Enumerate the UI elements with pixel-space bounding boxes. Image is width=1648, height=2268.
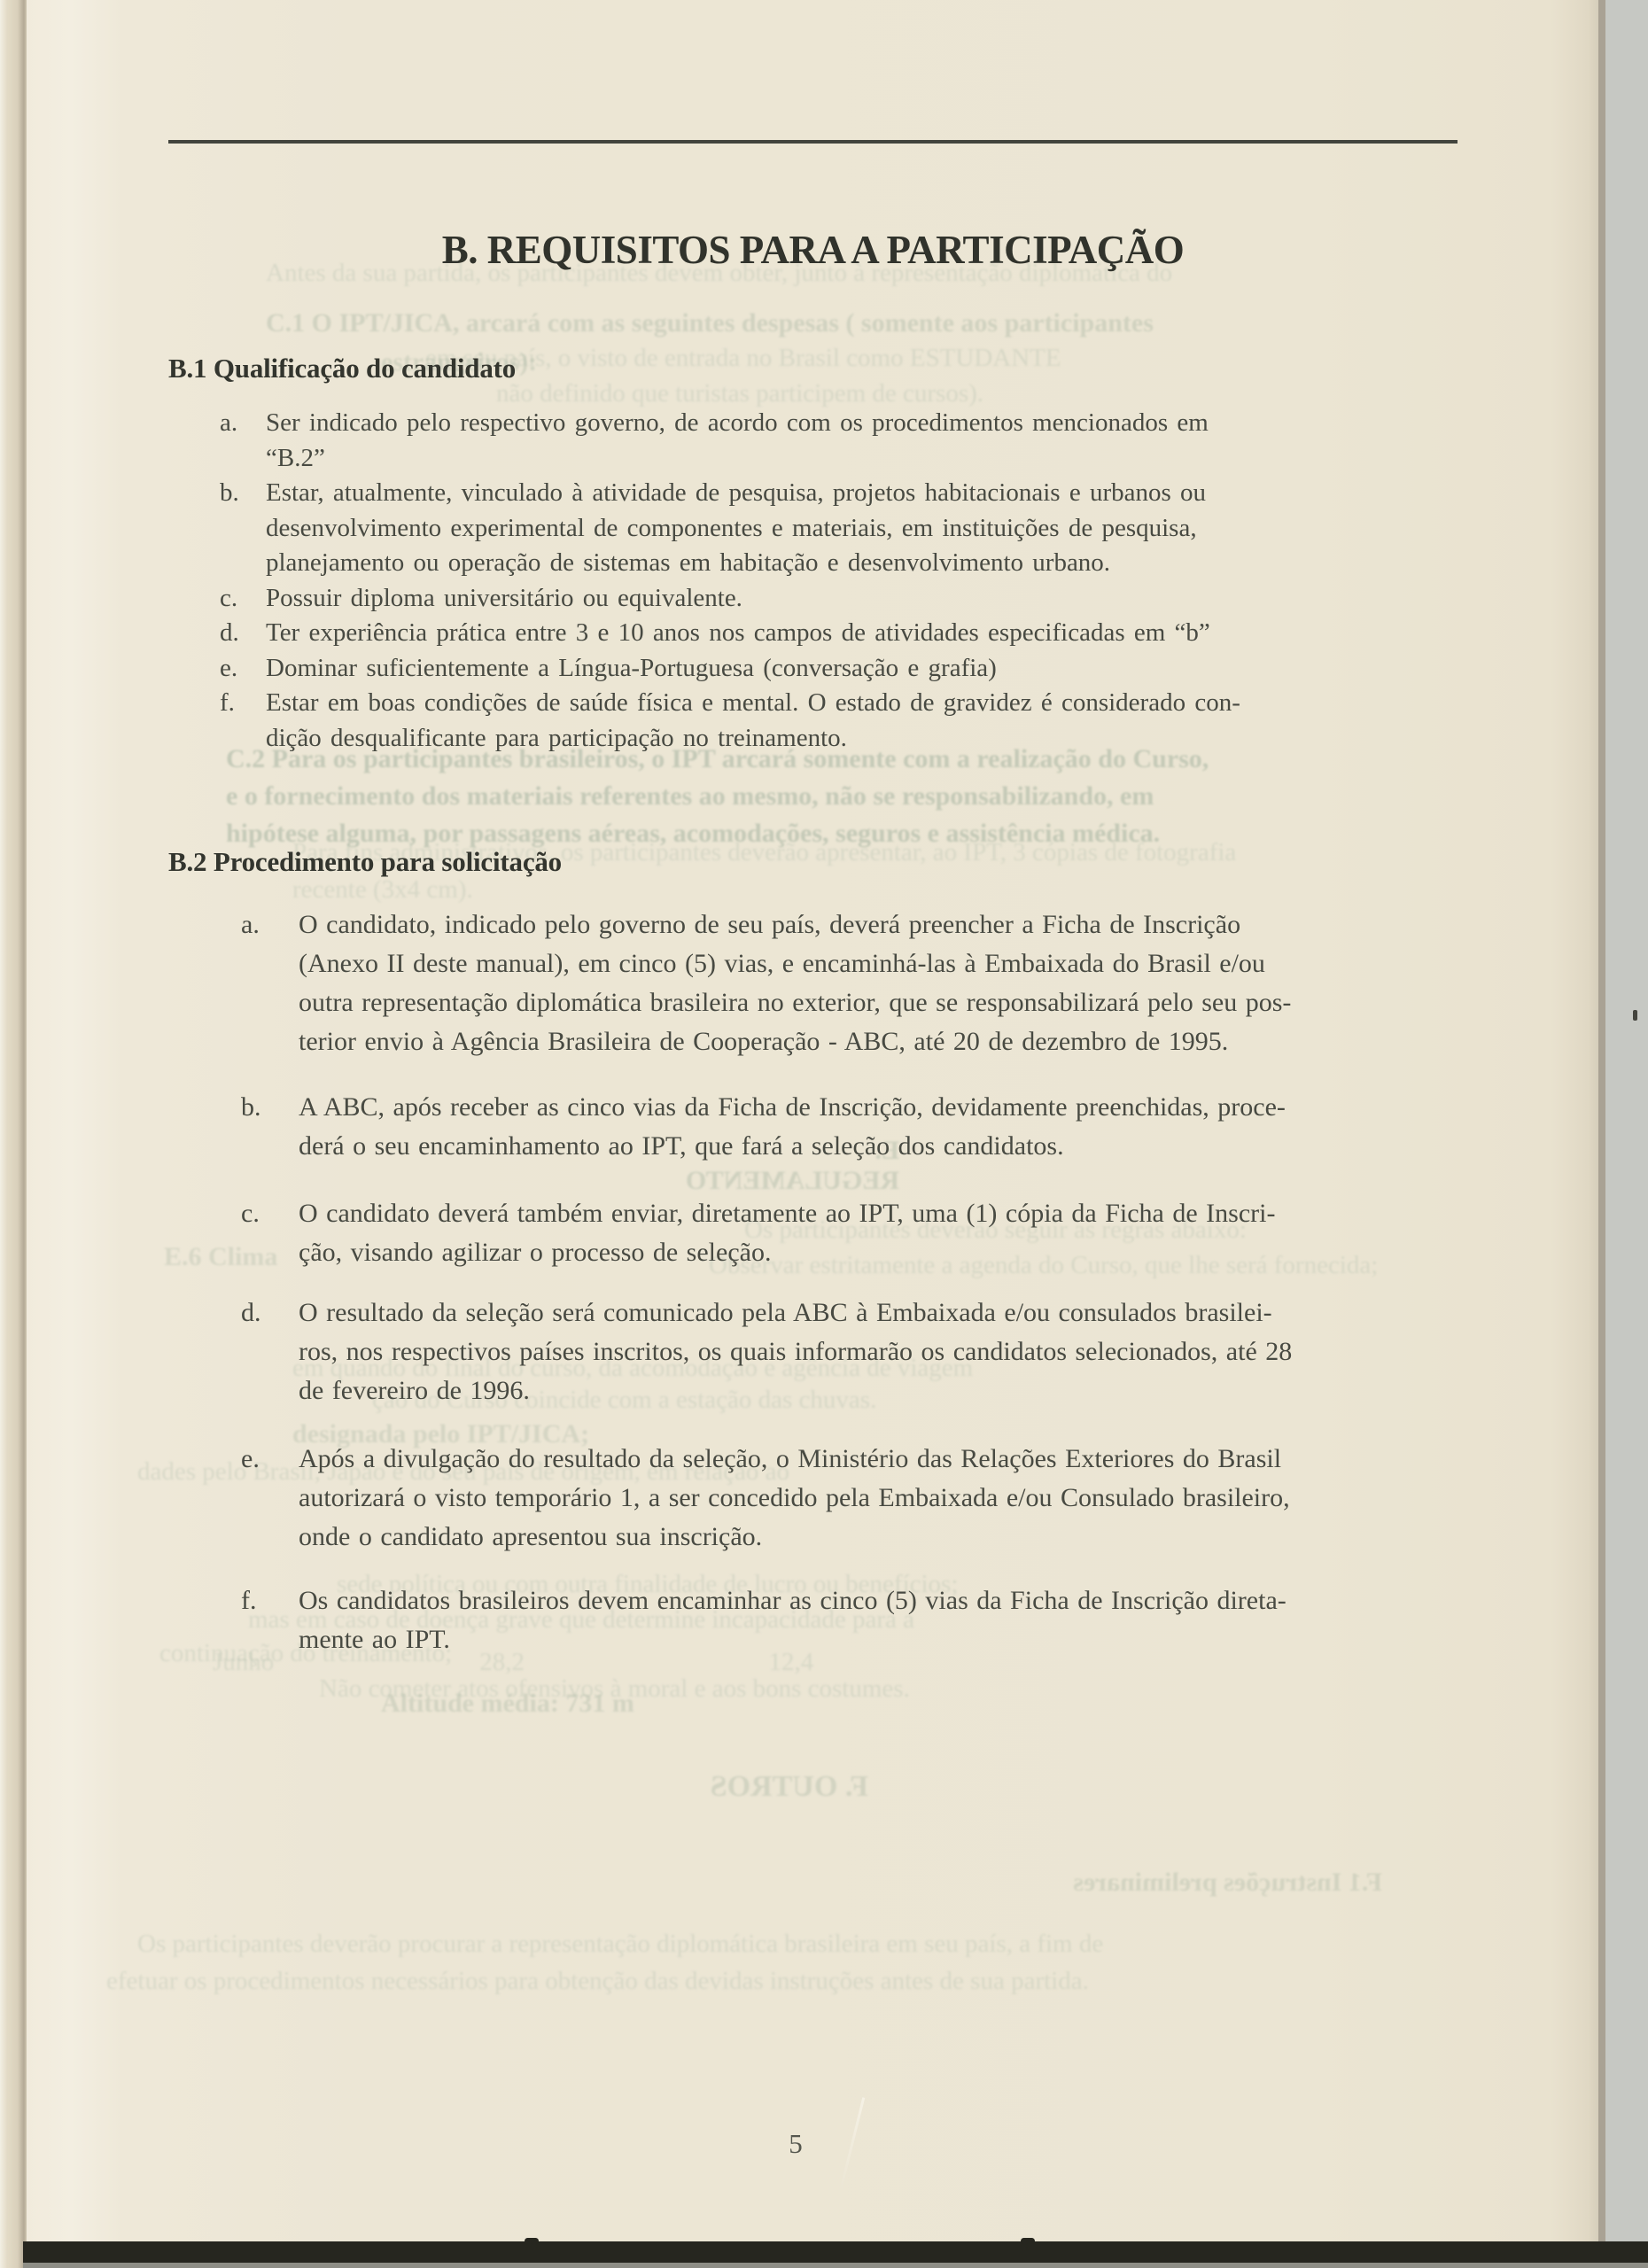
page-number: 5	[760, 2128, 831, 2160]
item-label: b.	[220, 476, 266, 511]
item-text: Ser indicado pelo respectivo governo, de…	[266, 406, 1460, 476]
item-label: b.	[241, 1088, 299, 1127]
item-text: O resultado da seleção será comunicado p…	[299, 1293, 1481, 1410]
item-text: Estar, atualmente, vinculado à atividade…	[266, 476, 1460, 581]
bleedthrough-text: recente (3x4 cm).	[292, 875, 473, 905]
list-item: f. Estar em boas condições de saúde físi…	[220, 686, 1460, 756]
section-heading-b1: B.1 Qualificação do candidato	[168, 353, 516, 384]
bleedthrough-text: F. OUTROS	[673, 1770, 868, 1804]
page-title: B. REQUISITOS PARA A PARTICIPAÇÃO	[168, 227, 1458, 273]
section-b2-list: a. O candidato, indicado pelo governo de…	[241, 905, 1481, 1659]
scan-artifact	[1021, 2238, 1035, 2244]
item-label: f.	[241, 1581, 299, 1620]
list-item: f. Os candidatos brasileiros devem encam…	[241, 1581, 1481, 1659]
scan-bottom-underlay	[23, 2263, 1648, 2268]
section-b1-list: a. Ser indicado pelo respectivo governo,…	[220, 406, 1460, 756]
item-label: f.	[220, 686, 266, 721]
item-text: Possuir diploma universitário ou equival…	[266, 581, 1460, 617]
list-item: b. Estar, atualmente, vinculado à ativid…	[220, 476, 1460, 581]
scan-right-edge	[1605, 0, 1648, 2268]
list-item: c. Possuir diploma universitário ou equi…	[220, 581, 1460, 617]
list-item: e. Dominar suficientemente a Língua-Port…	[220, 651, 1460, 687]
scanned-page: Antes da sua partida, os participantes d…	[0, 0, 1648, 2268]
item-text: A ABC, após receber as cinco vias da Fic…	[299, 1088, 1481, 1166]
bleedthrough-text: não definido que turistas participem de …	[496, 379, 983, 408]
item-label: a.	[220, 406, 266, 441]
bleedthrough-text: Os participantes deverão procurar a repr…	[137, 1930, 1103, 1959]
list-item: b. A ABC, após receber as cinco vias da …	[241, 1088, 1481, 1166]
scan-artifact	[525, 2238, 539, 2244]
item-label: d.	[241, 1293, 299, 1332]
item-label: e.	[241, 1440, 299, 1479]
item-text: Os candidatos brasileiros devem encaminh…	[299, 1581, 1481, 1659]
scan-bottom-band	[23, 2241, 1648, 2264]
item-text: O candidato deverá também enviar, direta…	[299, 1194, 1481, 1272]
list-item: a. Ser indicado pelo respectivo governo,…	[220, 406, 1460, 476]
item-text: O candidato, indicado pelo governo de se…	[299, 905, 1481, 1061]
list-item: d. Ter experiência prática entre 3 e 10 …	[220, 616, 1460, 651]
list-item: c. O candidato deverá também enviar, dir…	[241, 1194, 1481, 1272]
bleedthrough-text: C.1 O IPT/JICA, arcará com as seguintes …	[266, 308, 1154, 338]
item-label: c.	[220, 581, 266, 617]
item-text: Dominar suficientemente a Língua-Portugu…	[266, 651, 1460, 687]
list-item: e. Após a divulgação do resultado da sel…	[241, 1440, 1481, 1557]
bleedthrough-text: Altitude média: 731 m	[381, 1689, 634, 1719]
item-text: Ter experiência prática entre 3 e 10 ano…	[266, 616, 1460, 651]
item-label: e.	[220, 651, 266, 687]
item-label: d.	[220, 616, 266, 651]
scan-speck	[1633, 1010, 1637, 1021]
list-item: a. O candidato, indicado pelo governo de…	[241, 905, 1481, 1061]
item-text: Após a divulgação do resultado da seleçã…	[299, 1440, 1481, 1557]
bleedthrough-text: F.1 Instruções preliminares	[957, 1868, 1382, 1898]
bleedthrough-text: efetuar os procedimentos necessários par…	[106, 1967, 1089, 1996]
section-heading-b2: B.2 Procedimento para solicitação	[168, 846, 562, 878]
top-rule	[168, 140, 1458, 144]
bleedthrough-text: e o fornecimento dos materiais referente…	[226, 781, 1154, 812]
item-label: c.	[241, 1194, 299, 1233]
item-label: a.	[241, 905, 299, 944]
item-text: Estar em boas condições de saúde física …	[266, 686, 1460, 756]
paper-right-shadow	[1598, 0, 1605, 2249]
list-item: d. O resultado da seleção será comunicad…	[241, 1293, 1481, 1410]
scan-left-edge	[0, 0, 27, 2268]
